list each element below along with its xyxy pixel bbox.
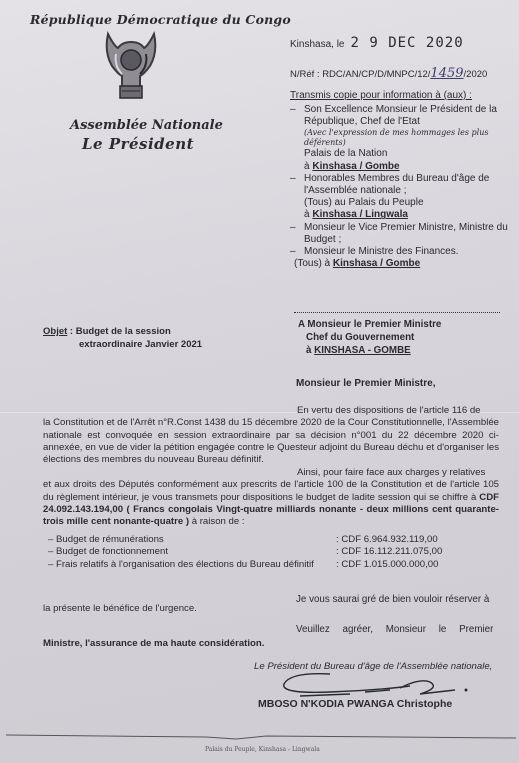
text: à raison de : xyxy=(189,516,244,527)
recipient-address: Palais de la Nation xyxy=(304,148,510,160)
recipient-name: Son Excellence Monsieur le Président de … xyxy=(304,104,510,128)
budget-amount: : CDF 6.964.932.119,00 xyxy=(336,534,438,546)
recipient-name: Monsieur le Vice Premier Ministre, Minis… xyxy=(304,222,510,246)
budget-amount: : CDF 1.015.000.000,00 xyxy=(336,559,438,571)
budget-breakdown: – Budget de rémunérations: CDF 6.964.932… xyxy=(48,534,500,571)
budget-row: – Budget de rémunérations: CDF 6.964.932… xyxy=(48,534,500,546)
addressee-line: A Monsieur le Premier Ministre xyxy=(298,318,441,331)
dash: – xyxy=(290,246,304,258)
budget-amount: : CDF 16.112.211.075,00 xyxy=(336,546,442,558)
budget-label: – Budget de rémunérations xyxy=(48,534,336,546)
location: Kinshasa / Lingwala xyxy=(312,209,408,220)
subject-text: extraordinaire Janvier 2021 xyxy=(43,338,202,351)
budget-row: – Budget de fonctionnement: CDF 16.112.2… xyxy=(48,546,500,558)
dotted-separator xyxy=(294,312,500,313)
recipient-address: (Tous) au Palais du Peuple xyxy=(304,197,510,209)
closing-line: Ministre, l'assurance de ma haute consid… xyxy=(43,638,264,649)
addressee-block: A Monsieur le Premier Ministre Chef du G… xyxy=(298,318,441,357)
footer-rule xyxy=(6,734,516,740)
paragraph-2: Ainsi, pour faire face aux charges y rel… xyxy=(43,467,499,528)
copy-recipient: – Son Excellence Monsieur le Président d… xyxy=(290,104,510,173)
salutation: Monsieur le Premier Ministre, xyxy=(296,378,436,389)
closing-line: Je vous saurai gré de bien vouloir réser… xyxy=(296,594,489,605)
closing-line: la présente le bénéfice de l'urgence. xyxy=(43,603,197,614)
signatory-name: MBOSO N'KODIA PWANGA Christophe xyxy=(258,698,452,710)
handwritten-signature xyxy=(270,670,480,700)
copies-closing-location: (Tous) à Kinshasa / Gombe xyxy=(290,258,510,270)
country-heading: République Démocratique du Congo xyxy=(30,12,291,27)
recipient-location: à Kinshasa / Lingwala xyxy=(304,209,510,221)
loc-prefix: (Tous) à xyxy=(294,258,333,269)
paragraph-first-line: En vertu des dispositions de l'article 1… xyxy=(43,405,499,417)
subject-text: : Budget de la session xyxy=(67,326,170,337)
paragraph-text: et aux droits des Députés conformément a… xyxy=(43,479,499,528)
dash: – xyxy=(290,173,304,222)
copy-recipient: – Monsieur le Ministre des Finances. xyxy=(290,246,510,258)
coat-of-arms-icon xyxy=(100,30,162,102)
letter-page: République Démocratique du Congo Assembl… xyxy=(0,0,519,763)
ref-prefix: N/Réf : RDC/AN/CP/D/MNPC/12/ xyxy=(290,69,430,80)
location: Kinshasa / Gombe xyxy=(333,258,420,269)
budget-label: – Frais relatifs à l'organisation des él… xyxy=(48,559,336,571)
closing-line: Veuillez agréer, Monsieur le Premier xyxy=(296,624,493,635)
place-date: Kinshasa, le2 9 DEC 2020 xyxy=(290,35,464,51)
dash: – xyxy=(290,104,304,173)
handwritten-note: (Avec l'expression de mes hommages les p… xyxy=(304,128,510,148)
addressee-location: à KINSHASA - GOMBE xyxy=(298,344,441,357)
recipient-location: à Kinshasa / Gombe xyxy=(304,161,510,173)
copies-title: Transmis copie pour information à (aux) … xyxy=(290,90,472,101)
location: KINSHASA - GOMBE xyxy=(314,345,411,356)
paragraph-text: la Constitution et de l'Arrêt n°R.Const … xyxy=(43,417,499,466)
budget-row: – Frais relatifs à l'organisation des él… xyxy=(48,559,500,571)
subject-label: Objet xyxy=(43,326,67,337)
subject-block: Objet : Budget de la session extraordina… xyxy=(43,325,202,351)
loc-prefix: à xyxy=(306,345,314,356)
place-prefix: Kinshasa, le xyxy=(290,39,344,50)
recipient-name: Honorables Membres du Bureau d'âge de l'… xyxy=(304,173,510,197)
addressee-line: Chef du Gouvernement xyxy=(298,331,441,344)
copy-recipient: – Honorables Membres du Bureau d'âge de … xyxy=(290,173,510,222)
budget-label: – Budget de fonctionnement xyxy=(48,546,336,558)
office-title: Le Président xyxy=(82,135,194,153)
copies-list: – Son Excellence Monsieur le Président d… xyxy=(290,104,510,270)
paragraph-first-line: Ainsi, pour faire face aux charges y rel… xyxy=(43,467,499,479)
location: Kinshasa / Gombe xyxy=(312,161,399,172)
paragraph-1: En vertu des dispositions de l'article 1… xyxy=(43,405,499,466)
ref-handwritten-number: 1459 xyxy=(430,66,463,81)
text: et aux droits des Députés conformément a… xyxy=(43,479,499,502)
date-stamp: 2 9 DEC 2020 xyxy=(350,35,463,51)
footer-address: Palais du Peuple, Kinshasa - Lingwala xyxy=(205,746,320,753)
copy-recipient: – Monsieur le Vice Premier Ministre, Min… xyxy=(290,222,510,246)
reference-number: N/Réf : RDC/AN/CP/D/MNPC/12/1459/2020 xyxy=(290,66,487,81)
ref-suffix: /2020 xyxy=(464,69,488,80)
institution-name: Assemblée Nationale xyxy=(70,118,223,133)
dash: – xyxy=(290,222,304,246)
recipient-name: Monsieur le Ministre des Finances. xyxy=(304,246,459,258)
